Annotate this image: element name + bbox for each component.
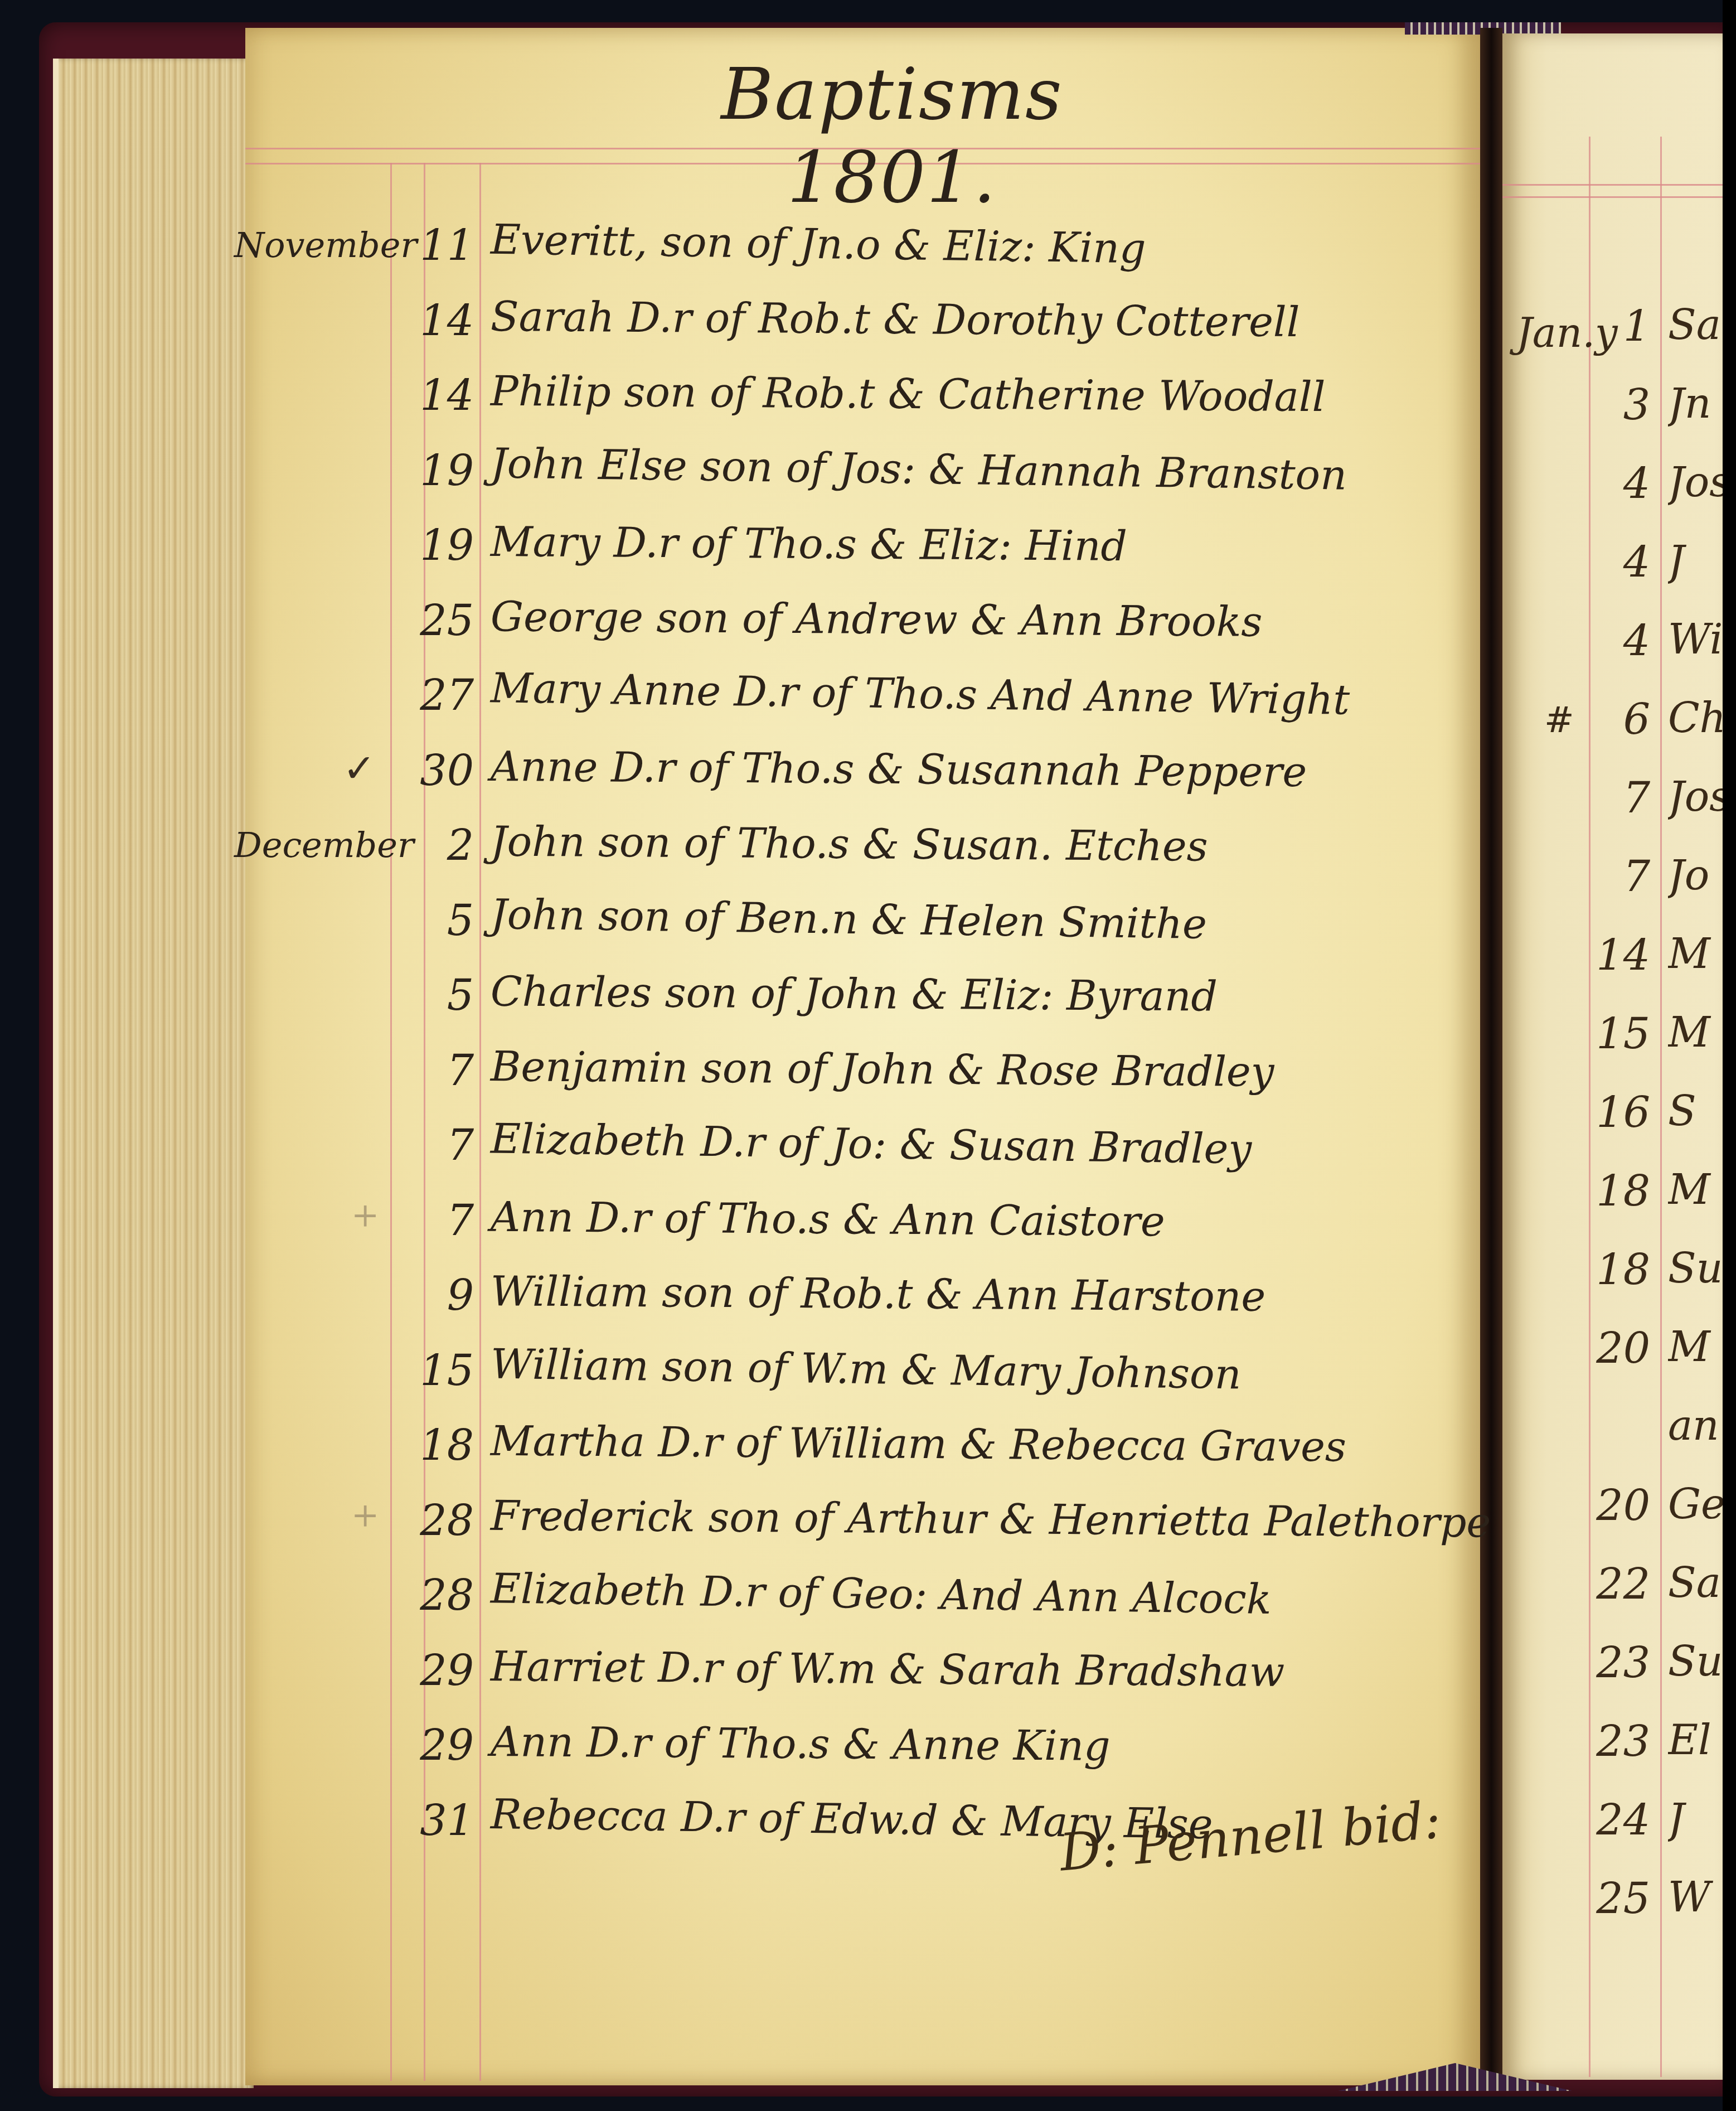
entry-fragment: W	[1668, 1873, 1723, 1921]
entry-fragment: Sar	[1668, 301, 1723, 349]
day-number: 4	[1589, 458, 1650, 508]
image-edge	[1723, 0, 1736, 2111]
day-number: 18	[1589, 1166, 1650, 1216]
entry-text: Anne D.r of Tho.s & Susannah Peppere	[491, 742, 1307, 796]
right-entry-rule	[1660, 137, 1662, 2077]
entry-fragment: Jo	[1668, 851, 1723, 899]
entry-text: William son of Rob.t & Ann Harstone	[491, 1267, 1266, 1321]
day-number: 19	[413, 446, 474, 495]
entry-text: Frederick son of Arthur & Henrietta Pale…	[491, 1492, 1491, 1547]
entry-fragment: Sa	[1668, 1559, 1723, 1607]
day-number: 11	[413, 220, 474, 270]
day-number: 19	[413, 520, 474, 570]
day-number: 7	[1589, 851, 1650, 901]
entry-fragment: M	[1668, 1166, 1723, 1214]
entry-fragment: J	[1668, 1795, 1723, 1843]
right-title-rule-2	[1502, 196, 1723, 198]
entry-text: George son of Andrew & Ann Brooks	[491, 593, 1263, 646]
day-number: 28	[413, 1495, 474, 1545]
day-number: 30	[413, 745, 474, 795]
entry-text: Harriet D.r of W.m & Sarah Bradshaw	[491, 1643, 1285, 1696]
day-number: 23	[1589, 1638, 1650, 1687]
day-number: 14	[1589, 930, 1650, 980]
page-title: Baptisms 1801.	[641, 53, 1143, 219]
entry-fragment: Jos	[1668, 773, 1723, 821]
entry-text: Mary D.r of Tho.s & Eliz: Hind	[491, 518, 1127, 570]
entry-column-rule	[479, 163, 481, 2081]
day-number: 25	[1589, 1873, 1650, 1923]
entry-text: Everitt, son of Jn.o & Eliz: King	[490, 216, 1146, 273]
entry-text: Ann D.r of Tho.s & Ann Caistore	[491, 1193, 1165, 1245]
month-column-rule	[390, 163, 392, 2081]
entry-fragment: Su	[1668, 1245, 1723, 1292]
day-number: 4	[1589, 537, 1650, 587]
entry-text: Martha D.r of William & Rebecca Graves	[491, 1417, 1346, 1471]
entry-fragment: Ge	[1668, 1480, 1723, 1528]
day-number: 7	[413, 1195, 474, 1245]
day-number: 18	[1589, 1245, 1650, 1294]
day-number: 3	[1589, 380, 1650, 429]
day-number: 5	[413, 970, 474, 1020]
month-label: December	[234, 825, 390, 865]
right-title-rule	[1502, 184, 1723, 186]
right-margin-mark: #	[1544, 700, 1574, 741]
entry-fragment: M	[1668, 1323, 1723, 1371]
entry-text: John son of Ben.n & Helen Smithe	[490, 890, 1207, 948]
day-number: 7	[413, 1120, 474, 1170]
entry-fragment: an	[1668, 1402, 1723, 1450]
day-number: 25	[413, 595, 474, 645]
day-number: 29	[413, 1645, 474, 1695]
day-number: 5	[413, 895, 474, 945]
day-number: 16	[1589, 1087, 1650, 1137]
day-number: 7	[1589, 773, 1650, 822]
day-number: 31	[413, 1795, 474, 1845]
entry-text: Charles son of John & Eliz: Byrand	[491, 967, 1218, 1020]
day-number: 28	[413, 1570, 474, 1620]
day-number: 2	[413, 820, 474, 870]
entry-fragment: S	[1668, 1087, 1723, 1135]
day-number: 9	[413, 1270, 474, 1320]
day-number: 4	[1589, 616, 1650, 665]
day-number: 6	[1589, 694, 1650, 744]
day-number: 20	[1589, 1323, 1650, 1373]
day-number: 18	[413, 1420, 474, 1470]
plus-mark-icon: +	[351, 1195, 379, 1234]
entry-fragment: J	[1668, 537, 1723, 585]
entry-fragment: M	[1668, 1009, 1723, 1057]
day-number: 15	[1589, 1009, 1650, 1058]
plus-mark-icon: +	[351, 1495, 379, 1534]
check-mark-icon: ✓	[343, 745, 376, 791]
page-stack-edge	[53, 59, 254, 2088]
entry-fragment: El	[1668, 1716, 1723, 1764]
entry-text: William son of W.m & Mary Johnson	[490, 1340, 1242, 1398]
day-number: 20	[1589, 1480, 1650, 1530]
book-gutter	[1480, 28, 1502, 2085]
entry-text: Sarah D.r of Rob.t & Dorothy Cotterell	[491, 292, 1300, 346]
day-number: 23	[1589, 1716, 1650, 1766]
entry-text: Ann D.r of Tho.s & Anne King	[491, 1718, 1111, 1770]
day-number: 15	[413, 1345, 474, 1395]
day-number: 29	[413, 1720, 474, 1770]
day-number: 14	[413, 296, 474, 345]
entry-fragment: Su	[1668, 1638, 1723, 1686]
entry-text: Benjamin son of John & Rose Bradley	[491, 1043, 1274, 1096]
entry-fragment: Jos	[1668, 458, 1723, 506]
day-number: 27	[413, 670, 474, 720]
entry-fragment: Wi	[1668, 616, 1723, 664]
day-number: 1	[1589, 301, 1650, 351]
entry-fragment: M	[1668, 930, 1723, 978]
entry-text: John son of Tho.s & Susan. Etches	[491, 818, 1208, 871]
day-number: 7	[413, 1045, 474, 1095]
entry-text: Philip son of Rob.t & Catherine Woodall	[491, 367, 1326, 421]
day-number: 14	[413, 370, 474, 420]
day-number: 24	[1589, 1795, 1650, 1844]
entry-fragment: Jn	[1668, 380, 1723, 428]
day-number: 22	[1589, 1559, 1650, 1609]
month-label: November	[234, 225, 390, 265]
entry-fragment: Ch	[1668, 694, 1723, 742]
